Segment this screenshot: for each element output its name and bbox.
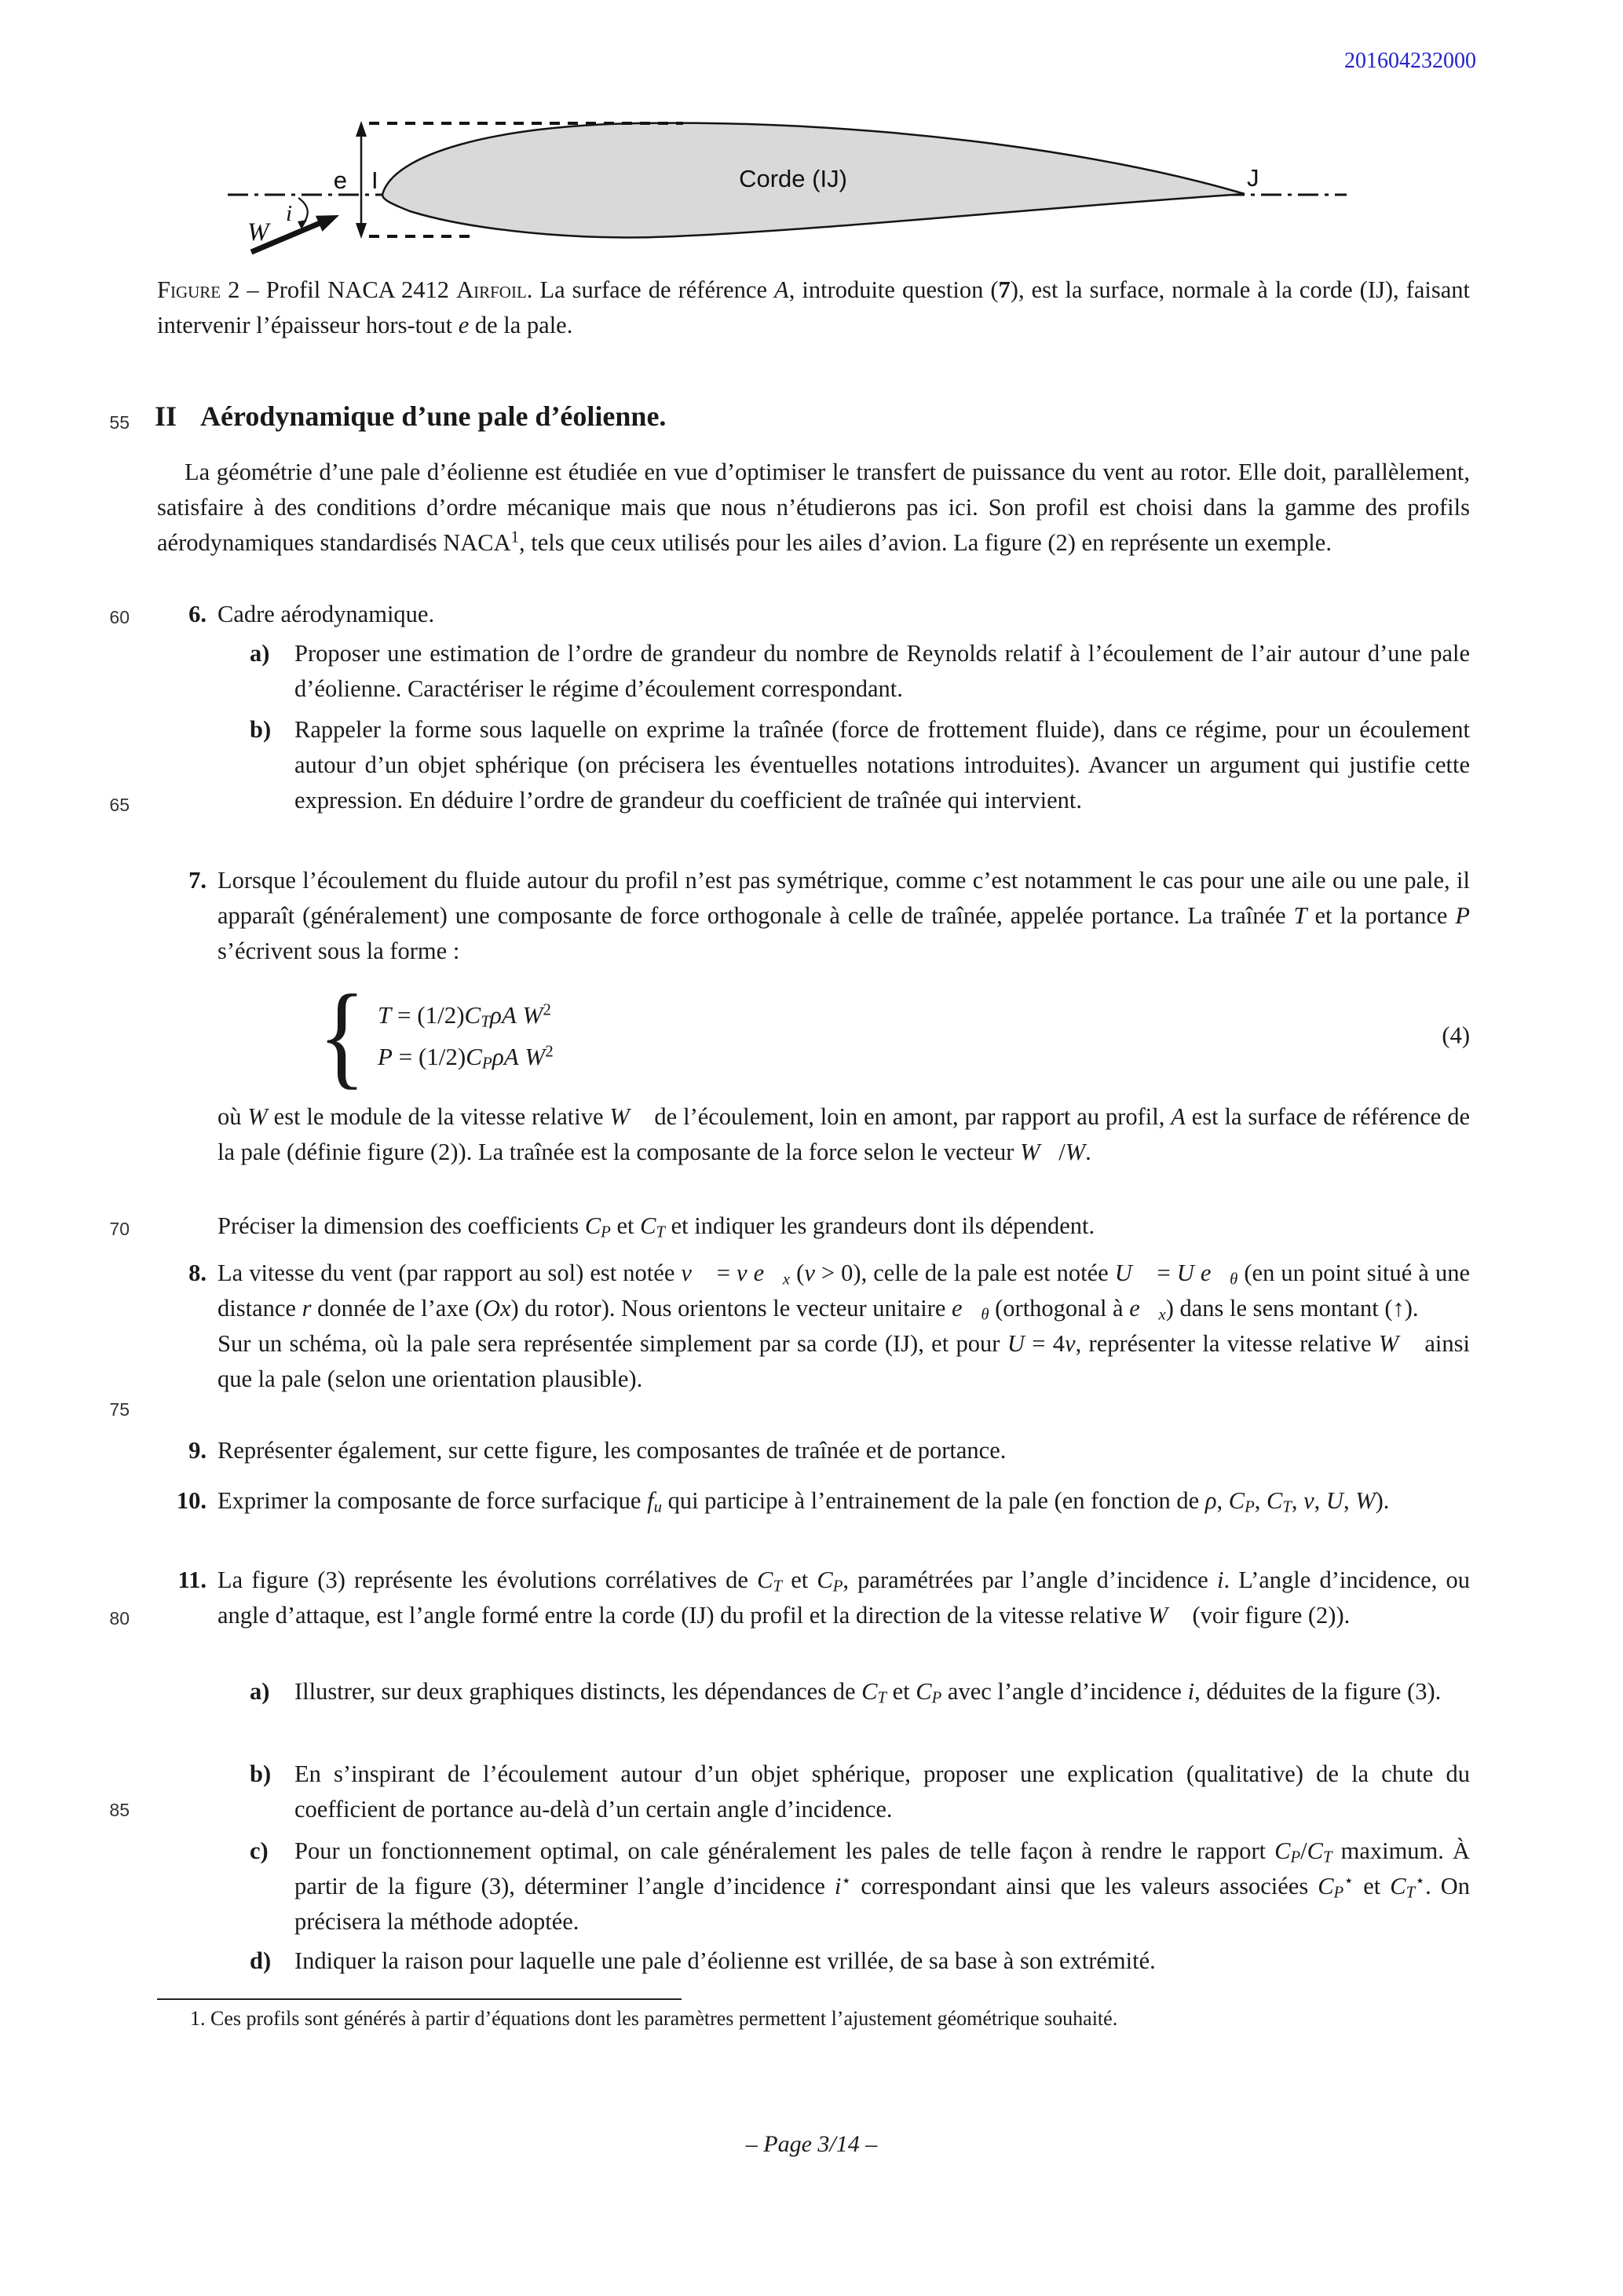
question-11b-label: b) bbox=[250, 1757, 283, 1792]
text-segment: e⃗ bbox=[754, 1260, 783, 1286]
document-id: 201604232000 bbox=[1331, 49, 1476, 74]
text-segment: et bbox=[782, 1567, 817, 1593]
text-segment: C bbox=[861, 1678, 877, 1705]
text-segment: r bbox=[302, 1295, 312, 1322]
question-10-number: 10. bbox=[157, 1483, 207, 1519]
text-segment: 1 bbox=[511, 529, 519, 547]
question-11b: b) En s’inspirant de l’écoulement autour… bbox=[157, 1757, 1470, 1827]
text-segment: W⃗ bbox=[1148, 1602, 1186, 1629]
text-segment: ⋆ bbox=[1415, 1873, 1425, 1890]
line-number-75: 75 bbox=[94, 1399, 130, 1420]
question-6a: a) Proposer une estimation de l’ordre de… bbox=[157, 636, 1470, 707]
question-6b: b) Rappeler la forme sous laquelle on ex… bbox=[157, 712, 1470, 818]
question-6-text: Cadre aérodynamique. bbox=[217, 597, 1470, 632]
trailing-point-label: J bbox=[1247, 164, 1259, 192]
text-segment: Airfoil bbox=[456, 276, 527, 303]
text-segment: 7 bbox=[999, 276, 1011, 303]
question-9-text: Représenter également, sur cette figure,… bbox=[217, 1433, 1470, 1468]
airfoil-figure: e I Corde (IJ) J W⃗ i bbox=[133, 102, 1492, 283]
text-segment: C bbox=[585, 1212, 601, 1239]
figure-caption: Figure 2 – Profil NACA 2412 Airfoil. La … bbox=[157, 272, 1470, 343]
page-number: – Page 3/14 – bbox=[0, 2131, 1623, 2158]
exam-page: 201604232000 e I Corde (IJ) J W⃗ i Figur… bbox=[0, 0, 1623, 2296]
text-segment: θ bbox=[1230, 1271, 1237, 1289]
text-segment: e⃗ bbox=[952, 1295, 981, 1322]
text-segment: P bbox=[1455, 902, 1470, 929]
question-9: 9. Représenter également, sur cette figu… bbox=[157, 1433, 1470, 1468]
text-segment: U bbox=[1007, 1330, 1025, 1357]
text-segment: U⃗ bbox=[1115, 1260, 1151, 1286]
text-segment: Préciser la dimension des coefficients bbox=[217, 1212, 585, 1239]
text-segment: , tels que ceux utilisés pour les ailes … bbox=[519, 529, 1332, 556]
text-segment: Proposer une estimation de l’ordre de gr… bbox=[294, 640, 1470, 702]
text-segment: u bbox=[654, 1499, 662, 1516]
question-7: 7. Lorsque l’écoulement du fluide autour… bbox=[157, 863, 1470, 969]
text-segment: ⋆ bbox=[1343, 1873, 1354, 1890]
text-segment: P bbox=[1334, 1885, 1344, 1902]
text-segment: = (1/2) bbox=[393, 1043, 466, 1070]
text-segment: ⋆ bbox=[841, 1873, 851, 1890]
line-number-60: 60 bbox=[94, 607, 130, 628]
text-segment: T bbox=[1282, 1499, 1292, 1516]
text-segment: v bbox=[1303, 1487, 1314, 1514]
footnote: 1. Ces profils sont générés à partir d’é… bbox=[157, 2005, 1470, 2033]
question-7-number: 7. bbox=[157, 863, 207, 898]
text-segment bbox=[1194, 1260, 1201, 1286]
text-segment: , représenter la vitesse relative bbox=[1076, 1330, 1379, 1357]
text-segment: donnée de l’axe ( bbox=[311, 1295, 482, 1322]
text-segment: C bbox=[1274, 1837, 1290, 1864]
text-segment: 1. Ces profils sont générés à partir d’é… bbox=[190, 2007, 1117, 2030]
text-segment: C bbox=[1390, 1873, 1406, 1899]
question-8-number: 8. bbox=[157, 1256, 207, 1291]
text-segment: La vitesse du vent (par rapport au sol) … bbox=[217, 1260, 681, 1286]
text-segment: ρ bbox=[1205, 1487, 1217, 1514]
text-segment: P bbox=[601, 1224, 611, 1241]
section-heading: IIAérodynamique d’une pale d’éolienne. bbox=[155, 400, 666, 433]
question-8-text-2: Sur un schéma, où la pale sera représent… bbox=[217, 1326, 1470, 1397]
question-6-number: 6. bbox=[157, 597, 207, 632]
text-segment: . La surface de référence bbox=[527, 276, 774, 303]
text-segment: C bbox=[757, 1567, 773, 1593]
text-segment: Figure bbox=[157, 276, 221, 303]
text-segment: U bbox=[1326, 1487, 1343, 1514]
text-segment: C bbox=[1318, 1873, 1333, 1899]
text-segment: ) dans le sens montant (↑). bbox=[1166, 1295, 1419, 1322]
question-11: 11. La figure (3) représente les évoluti… bbox=[157, 1563, 1470, 1633]
text-segment: C bbox=[916, 1678, 931, 1705]
text-segment: T bbox=[773, 1578, 782, 1596]
text-segment: P bbox=[1291, 1849, 1301, 1866]
text-segment: correspondant ainsi que les valeurs asso… bbox=[851, 1873, 1318, 1899]
equation-4: { T = (1/2)CTρA W2 P = (1/2)CPρA W2 (4) bbox=[314, 978, 1470, 1094]
text-segment: / bbox=[1300, 1837, 1307, 1864]
text-segment: T bbox=[1323, 1849, 1332, 1866]
text-segment: de la pale. bbox=[469, 312, 572, 338]
line-number-65: 65 bbox=[94, 795, 130, 816]
text-segment: avec l’angle d’incidence bbox=[941, 1678, 1187, 1705]
text-segment: ρA bbox=[490, 1001, 517, 1029]
text-segment: Représenter également, sur cette figure,… bbox=[217, 1437, 1006, 1464]
text-segment: T bbox=[1406, 1885, 1416, 1902]
text-segment: C bbox=[465, 1001, 481, 1029]
question-6a-label: a) bbox=[250, 636, 283, 671]
text-segment: P bbox=[932, 1690, 942, 1707]
text-segment: 2 – Profil NACA 2412 bbox=[221, 276, 456, 303]
text-segment: e⃗ bbox=[1201, 1260, 1230, 1286]
text-segment: i bbox=[1188, 1678, 1194, 1705]
thickness-label: e bbox=[334, 166, 347, 194]
text-segment: C bbox=[640, 1212, 656, 1239]
text-segment: C bbox=[466, 1043, 482, 1070]
equation-line-drag: T = (1/2)CTρA W2 bbox=[378, 994, 554, 1036]
text-segment: , déduites de la figure (3). bbox=[1194, 1678, 1441, 1705]
text-segment: = bbox=[1150, 1260, 1176, 1286]
question-7-note-2: Préciser la dimension des coefficients C… bbox=[217, 1208, 1470, 1244]
text-segment: 2 bbox=[543, 1000, 551, 1018]
text-segment: , paramétrées par l’angle d’incidence bbox=[843, 1567, 1217, 1593]
text-segment: , bbox=[1216, 1487, 1228, 1514]
text-segment: f bbox=[647, 1487, 653, 1514]
text-segment: U bbox=[1177, 1260, 1194, 1286]
text-segment: x bbox=[1158, 1307, 1165, 1324]
question-11c-label: c) bbox=[250, 1834, 283, 1869]
text-segment: e bbox=[459, 312, 470, 338]
text-segment: s’écrivent sous la forme : bbox=[217, 938, 459, 964]
text-segment: P bbox=[482, 1054, 492, 1073]
text-segment: Sur un schéma, où la pale sera représent… bbox=[217, 1330, 1007, 1357]
question-7-text: Lorsque l’écoulement du fluide autour du… bbox=[217, 863, 1470, 969]
text-segment bbox=[517, 1001, 523, 1029]
section-number: II bbox=[155, 400, 177, 432]
text-segment: Indiquer la raison pour laquelle une pal… bbox=[294, 1947, 1156, 1974]
text-segment: v bbox=[804, 1260, 815, 1286]
text-segment: W bbox=[525, 1043, 545, 1070]
text-segment: , bbox=[1255, 1487, 1267, 1514]
line-number-85: 85 bbox=[94, 1800, 130, 1821]
text-segment: T bbox=[1294, 902, 1307, 929]
incidence-angle-arc bbox=[298, 198, 308, 224]
text-segment: , introduite question ( bbox=[789, 276, 999, 303]
text-segment: (voir figure (2)). bbox=[1186, 1602, 1350, 1629]
question-11b-text: En s’inspirant de l’écoulement autour d’… bbox=[294, 1757, 1470, 1827]
text-segment: Rappeler la forme sous laquelle on expri… bbox=[294, 716, 1470, 813]
text-segment: ( bbox=[790, 1260, 804, 1286]
chord-label: Corde (IJ) bbox=[739, 165, 847, 192]
text-segment: ). bbox=[1376, 1487, 1390, 1514]
text-segment: est le module de la vitesse relative bbox=[268, 1103, 610, 1130]
text-segment: et indiquer les grandeurs dont ils dépen… bbox=[665, 1212, 1095, 1239]
text-segment: Cadre aérodynamique. bbox=[217, 601, 434, 627]
question-10-text: Exprimer la composante de force surfaciq… bbox=[217, 1483, 1470, 1519]
question-11-text: La figure (3) représente les évolutions … bbox=[217, 1563, 1470, 1633]
question-11d-label: d) bbox=[250, 1943, 283, 1979]
text-segment: W bbox=[1355, 1487, 1375, 1514]
text-segment: T bbox=[877, 1690, 886, 1707]
text-segment: θ bbox=[981, 1307, 989, 1324]
question-8: 8. La vitesse du vent (par rapport au so… bbox=[157, 1256, 1470, 1397]
text-segment: ρA bbox=[492, 1043, 519, 1070]
text-segment: En s’inspirant de l’écoulement autour d’… bbox=[294, 1760, 1470, 1823]
text-segment: = (1/2) bbox=[391, 1001, 464, 1029]
text-segment: W⃗ bbox=[1379, 1330, 1417, 1357]
text-segment: W⃗ bbox=[609, 1103, 648, 1130]
text-segment: v bbox=[1065, 1330, 1076, 1357]
text-segment: et bbox=[886, 1678, 916, 1705]
question-9-number: 9. bbox=[157, 1433, 207, 1468]
text-segment: qui participe à l’entrainement de la pal… bbox=[662, 1487, 1205, 1514]
text-segment: = bbox=[711, 1260, 737, 1286]
footnote-rule bbox=[157, 1998, 682, 2000]
text-segment: W bbox=[1066, 1139, 1085, 1165]
thickness-arrowhead-bottom bbox=[356, 223, 367, 239]
text-segment: , bbox=[1292, 1487, 1303, 1514]
text-segment: C bbox=[817, 1567, 832, 1593]
text-segment: C bbox=[1229, 1487, 1245, 1514]
text-segment: et bbox=[1354, 1873, 1390, 1899]
text-segment: / bbox=[1058, 1139, 1065, 1165]
text-segment: x bbox=[783, 1271, 790, 1289]
question-11c: c) Pour un fonctionnement optimal, on ca… bbox=[157, 1834, 1470, 1940]
line-number-70: 70 bbox=[94, 1219, 130, 1240]
text-segment: (orthogonal à bbox=[989, 1295, 1130, 1322]
text-segment: 2 bbox=[545, 1041, 554, 1060]
thickness-arrowhead-top bbox=[356, 121, 367, 137]
text-segment: . bbox=[1085, 1139, 1091, 1165]
text-segment: P bbox=[833, 1578, 843, 1596]
text-segment: de l’écoulement, loin en amont, par rapp… bbox=[649, 1103, 1172, 1130]
question-11-number: 11. bbox=[157, 1563, 207, 1598]
question-6b-label: b) bbox=[250, 712, 283, 748]
incidence-angle-label: i bbox=[286, 201, 292, 226]
text-segment: T bbox=[378, 1001, 391, 1029]
text-segment: Pour un fonctionnement optimal, on cale … bbox=[294, 1837, 1274, 1864]
text-segment: P bbox=[378, 1043, 393, 1070]
line-number-55: 55 bbox=[94, 412, 130, 433]
text-segment: = 4 bbox=[1025, 1330, 1065, 1357]
relative-velocity-arrowhead bbox=[316, 215, 339, 232]
question-11a-text: Illustrer, sur deux graphiques distincts… bbox=[294, 1674, 1470, 1709]
text-segment: et la portance bbox=[1307, 902, 1455, 929]
relative-velocity-label: W⃗ bbox=[247, 218, 289, 247]
question-8-text-1: La vitesse du vent (par rapport au sol) … bbox=[217, 1256, 1470, 1326]
question-11d-text: Indiquer la raison pour laquelle une pal… bbox=[294, 1943, 1470, 1979]
question-6b-text: Rappeler la forme sous laquelle on expri… bbox=[294, 712, 1470, 818]
text-segment: Exprimer la composante de force surfaciq… bbox=[217, 1487, 647, 1514]
text-segment: Ox bbox=[483, 1295, 511, 1322]
text-segment: Lorsque l’écoulement du fluide autour du… bbox=[217, 867, 1470, 929]
text-segment: W⃗ bbox=[1020, 1139, 1058, 1165]
question-7-note: où W est le module de la vitesse relativ… bbox=[217, 1099, 1470, 1170]
question-6a-text: Proposer une estimation de l’ordre de gr… bbox=[294, 636, 1470, 707]
line-number-80: 80 bbox=[94, 1608, 130, 1629]
text-segment: où bbox=[217, 1103, 247, 1130]
text-segment: v bbox=[737, 1260, 748, 1286]
text-segment: et bbox=[611, 1212, 640, 1239]
text-segment: > 0), celle de la pale est notée bbox=[815, 1260, 1115, 1286]
text-segment: v⃗ bbox=[681, 1260, 710, 1286]
text-segment: C bbox=[1307, 1837, 1323, 1864]
text-segment: A bbox=[774, 276, 789, 303]
text-segment: T bbox=[656, 1224, 665, 1241]
section-title: Aérodynamique d’une pale d’éolienne. bbox=[200, 400, 666, 432]
question-6: 6. Cadre aérodynamique. bbox=[157, 597, 1470, 632]
equation-lines: T = (1/2)CTρA W2 P = (1/2)CPρA W2 bbox=[378, 994, 554, 1077]
question-11a: a) Illustrer, sur deux graphiques distin… bbox=[157, 1674, 1470, 1709]
text-segment: P bbox=[1245, 1499, 1255, 1516]
text-segment: A bbox=[1171, 1103, 1186, 1130]
text-segment: , bbox=[1343, 1487, 1355, 1514]
leading-point-label: I bbox=[371, 166, 378, 194]
text-segment: Illustrer, sur deux graphiques distincts… bbox=[294, 1678, 861, 1705]
text-segment: , bbox=[1314, 1487, 1326, 1514]
equation-number: (4) bbox=[1442, 1022, 1470, 1050]
text-segment bbox=[748, 1260, 754, 1286]
question-11c-text: Pour un fonctionnement optimal, on cale … bbox=[294, 1834, 1470, 1940]
question-11d: d) Indiquer la raison pour laquelle une … bbox=[157, 1943, 1470, 1979]
text-segment: W bbox=[523, 1001, 543, 1029]
text-segment: ) du rotor). Nous orientons le vecteur u… bbox=[511, 1295, 952, 1322]
equation-line-lift: P = (1/2)CPρA W2 bbox=[378, 1036, 554, 1077]
equation-brace: { bbox=[318, 978, 365, 1094]
text-segment: e⃗ bbox=[1129, 1295, 1158, 1322]
question-10: 10. Exprimer la composante de force surf… bbox=[157, 1483, 1470, 1519]
text-segment: T bbox=[481, 1012, 490, 1031]
intro-paragraph: La géométrie d’une pale d’éolienne est é… bbox=[157, 455, 1470, 561]
text-segment: C bbox=[1267, 1487, 1282, 1514]
text-segment: W bbox=[247, 1103, 267, 1130]
text-segment: La figure (3) représente les évolutions … bbox=[217, 1567, 757, 1593]
question-11a-label: a) bbox=[250, 1674, 283, 1709]
